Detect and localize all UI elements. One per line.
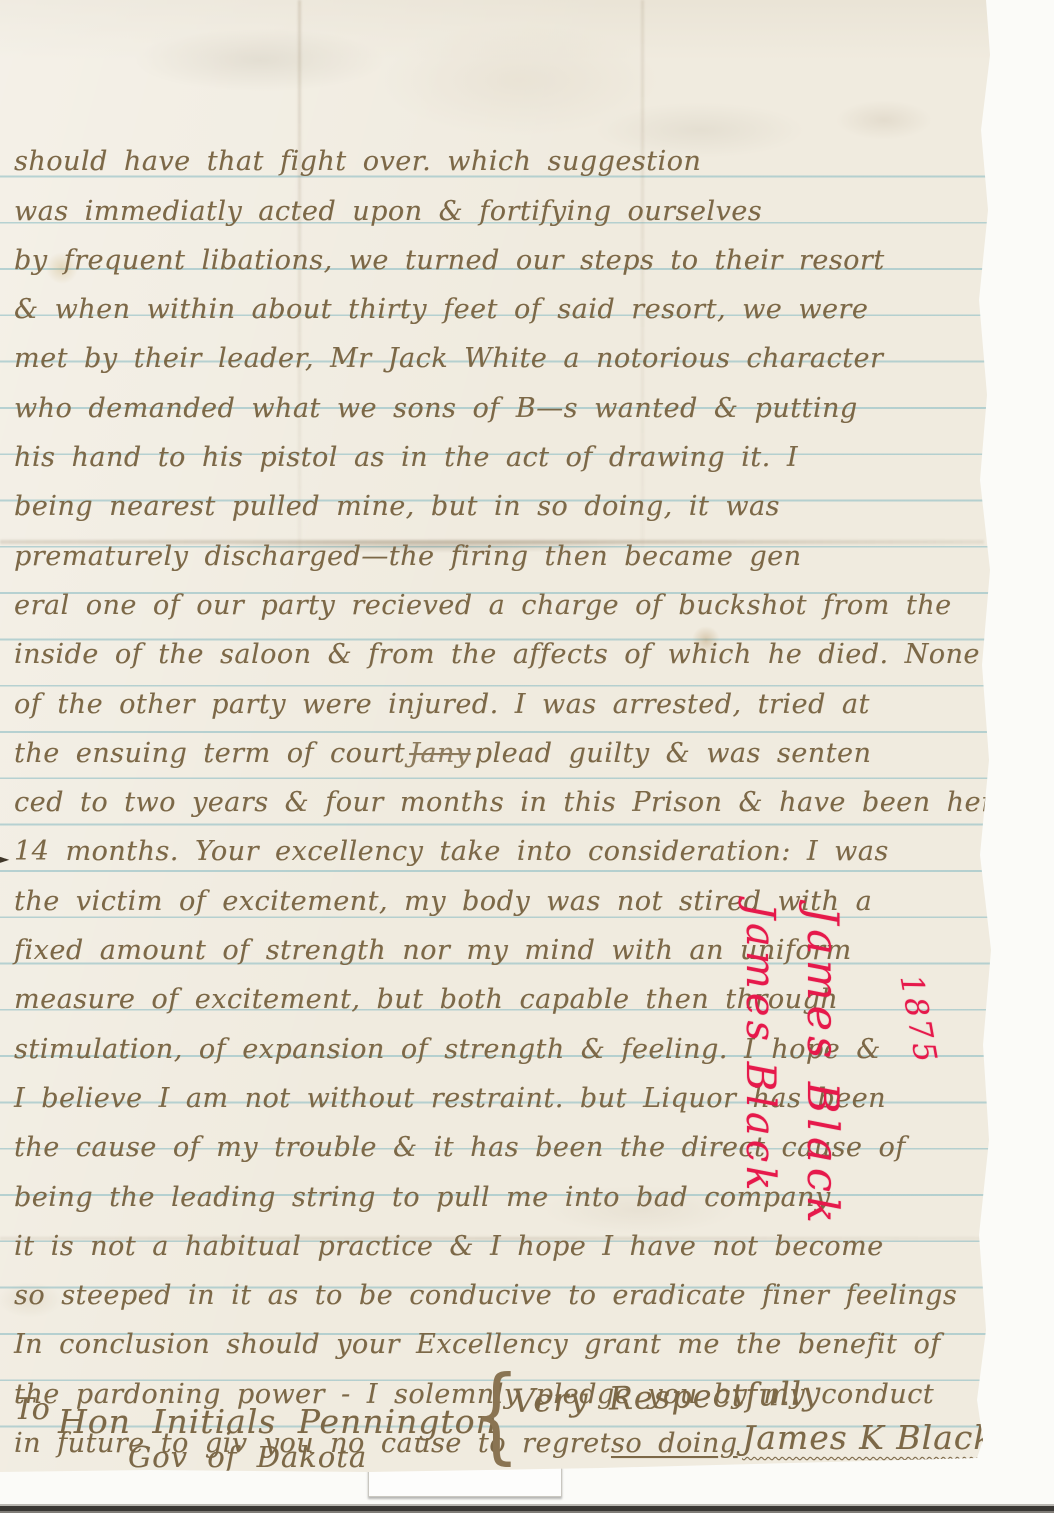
signature: James K Black <box>742 1418 994 1457</box>
recipient-name: Hon Initials Pennington <box>58 1402 498 1441</box>
letter-closing: To Hon Initials Pennington Gov of Dakota… <box>0 0 992 1473</box>
red-ink-signature-left: James Black <box>737 903 783 1194</box>
recipient-title: Gov of Dakota <box>128 1440 367 1474</box>
red-ink-signature-right: James Black <box>797 907 847 1228</box>
scanned-letter-page: should have that fight over. which sugge… <box>0 0 1054 1513</box>
valediction: Very Respectfully <box>512 1374 822 1420</box>
recipient-to: To <box>14 1392 50 1427</box>
letter-paper: should have that fight over. which sugge… <box>0 0 992 1473</box>
scanner-edge-strip <box>0 1504 1054 1513</box>
